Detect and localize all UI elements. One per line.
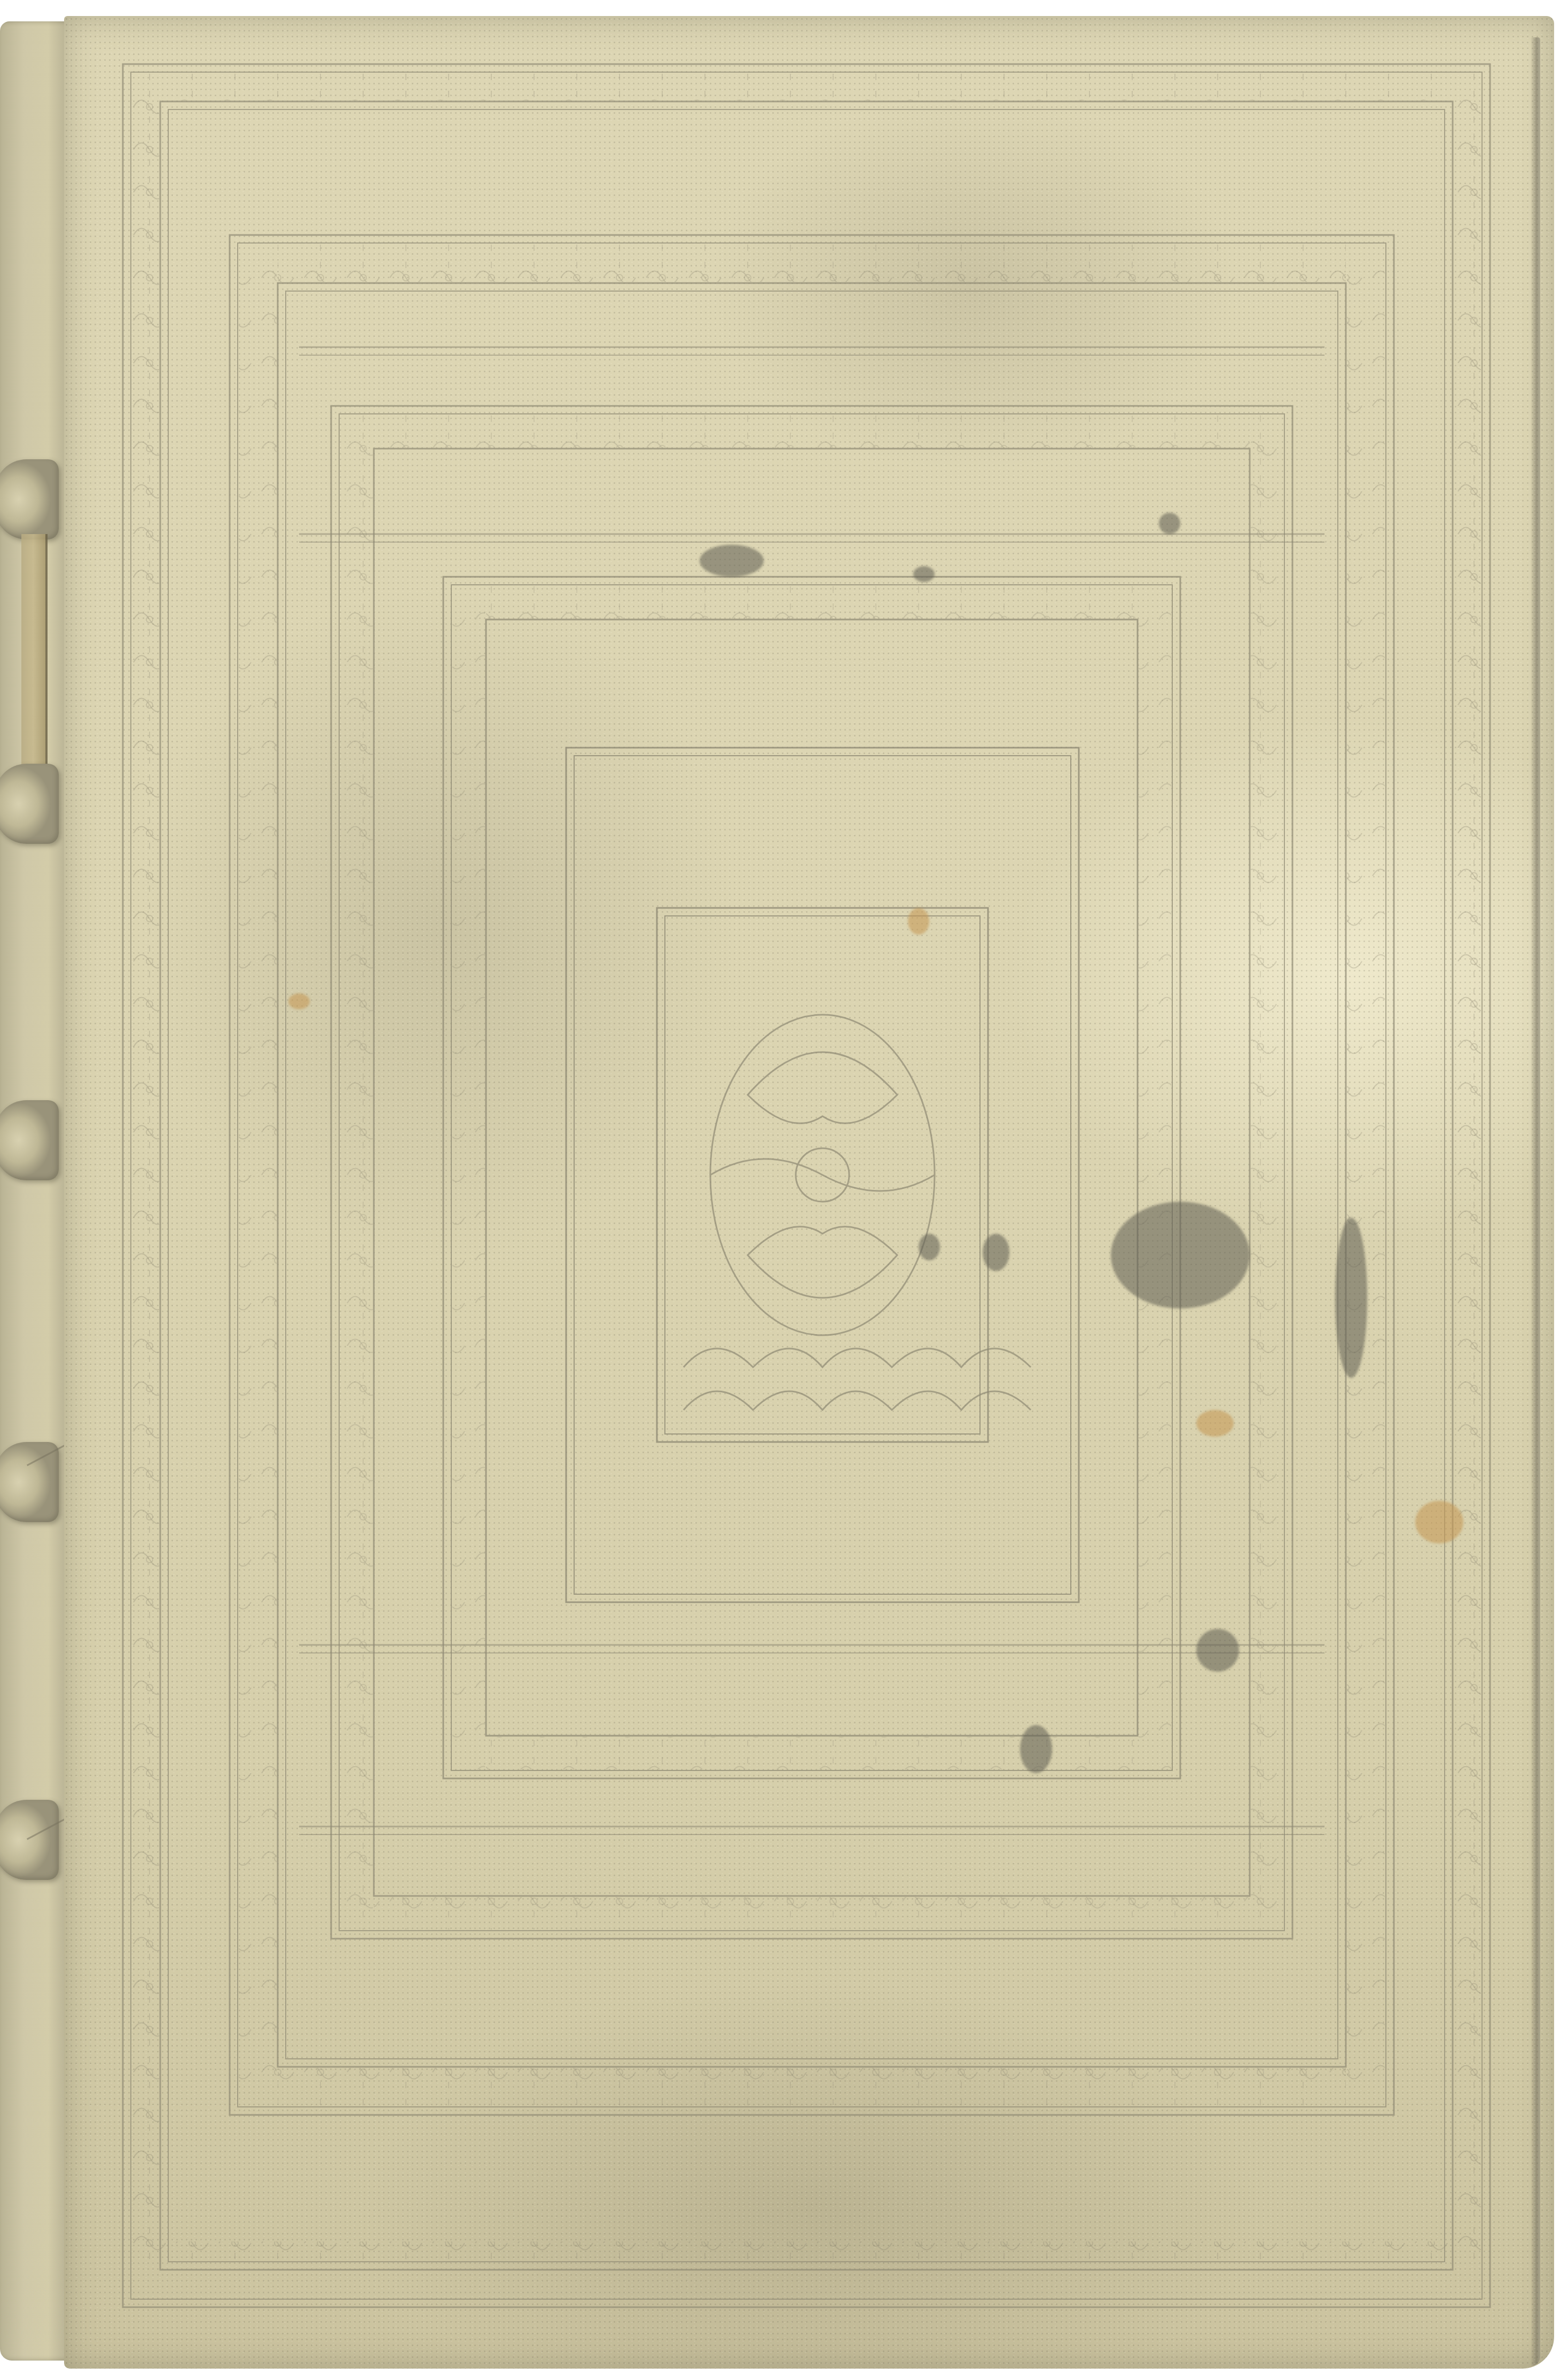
rust-stain [1196, 1410, 1234, 1437]
rust-stain [288, 993, 310, 1009]
grime-patch [913, 566, 935, 582]
grime-patch [919, 1234, 940, 1260]
rust-stain [1415, 1501, 1463, 1543]
grime-patch [1196, 1629, 1239, 1672]
book-cover-photo [0, 0, 1568, 2375]
grime-patch [700, 545, 764, 577]
central-ornament [684, 1015, 1031, 1410]
grime-patch [983, 1234, 1009, 1271]
second-frame [230, 235, 1394, 2115]
grime-patch [1159, 513, 1180, 534]
blind-tooled-frames [0, 0, 1568, 2375]
grime-patch [1335, 1218, 1367, 1378]
grime-patch [1111, 1202, 1250, 1308]
fourth-roll-band [452, 586, 1171, 1769]
grime-patch [1020, 1725, 1052, 1773]
rust-stain [908, 908, 929, 935]
fourth-frame [443, 577, 1180, 1778]
